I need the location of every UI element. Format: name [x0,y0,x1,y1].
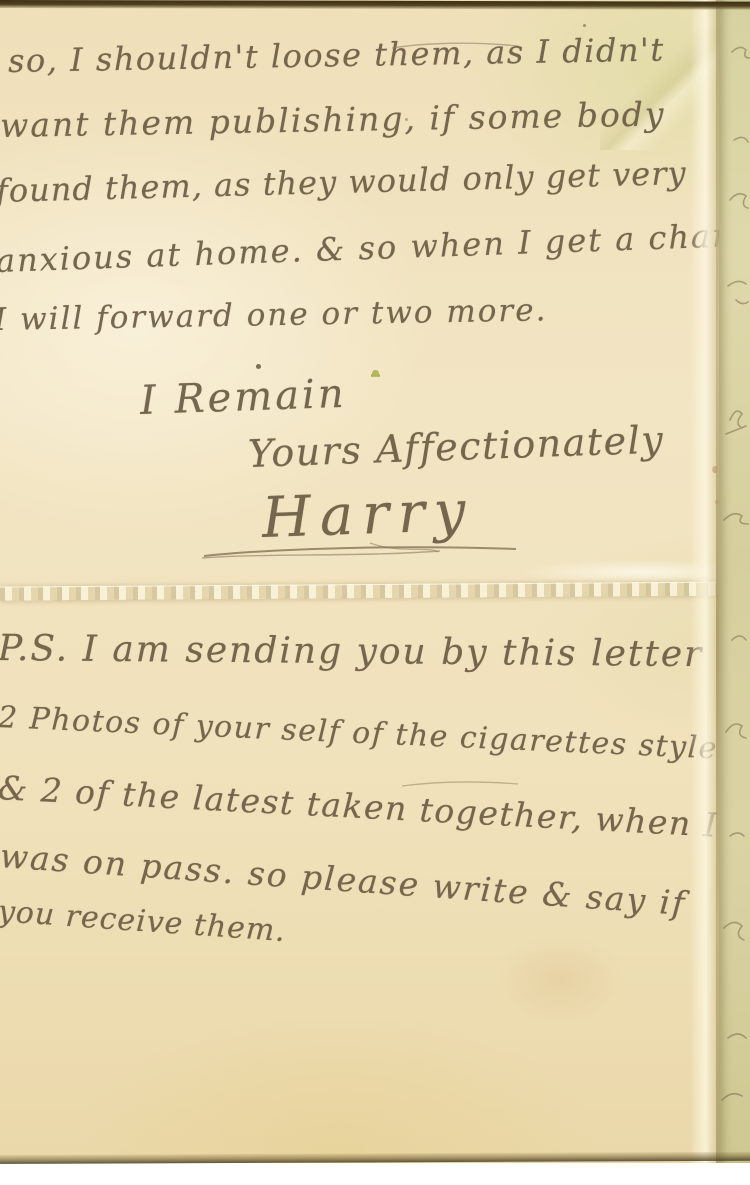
stray-pencil-stroke [400,778,520,790]
stray-pencil-stroke [390,38,520,52]
green-speck [372,370,379,377]
paper-speck [256,364,261,369]
soft-stain [495,935,625,1025]
paper-speck [583,24,586,27]
postscript-line: P.S. I am sending you by this letter [0,628,704,675]
letter-scan: so, I shouldn't loose them, as I didn't … [0,0,750,1185]
paper-top-edge [0,0,750,10]
closing-remain: I Remain [139,371,347,424]
paper-speck [405,118,408,121]
page-fold-highlight [690,0,718,1163]
adjacent-page-writing [716,0,750,1163]
